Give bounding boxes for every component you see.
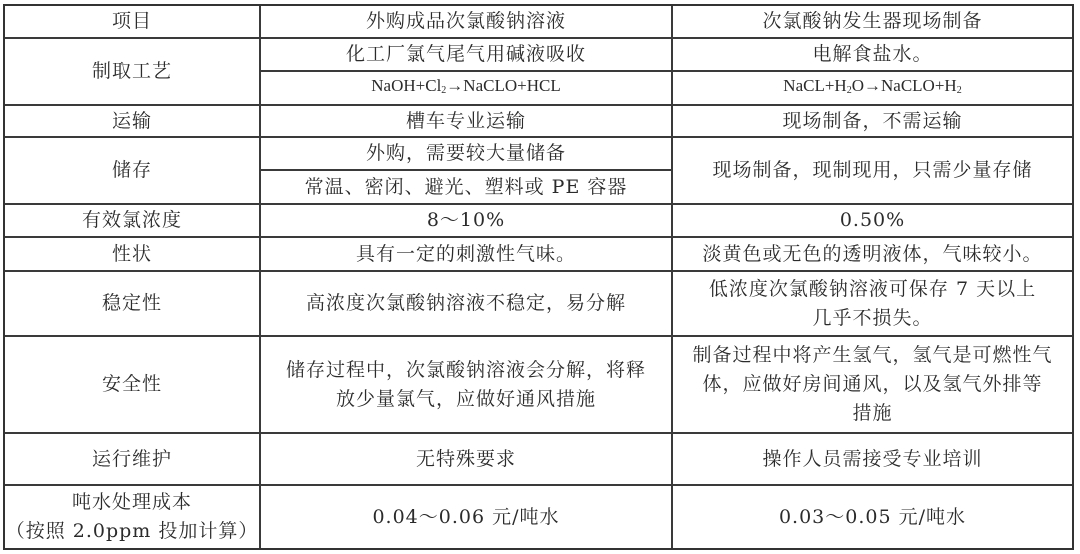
cell-text: 现场制备，现制现用，只需少量存储 (712, 156, 1032, 185)
comparison-table: 项目 外购成品次氯酸钠溶液 次氯酸钠发生器现场制备 制取工艺 化工厂氯气尾气用碱… (3, 4, 1074, 550)
cell-text-line: 体，应做好房间通风，以及氢气外排等 (702, 370, 1042, 399)
properties-col-a: 具有一定的刺激性气味。 (261, 238, 671, 270)
maintenance-col-b: 操作人员需接受专业培训 (673, 434, 1072, 484)
row-label-cost: 吨水处理成本 （按照 2.0ppm 投加计算） (5, 486, 259, 548)
cell-text: 0.04～0.06 元/吨水 (372, 503, 559, 532)
cell-text: 高浓度次氯酸钠溶液不稳定，易分解 (306, 289, 626, 318)
cell-text: 8～10% (427, 206, 505, 235)
row-label-text: 稳定性 (102, 289, 162, 318)
cell-text-line: 放少量氯气，应做好通风措施 (336, 385, 596, 414)
cost-col-b: 0.03～0.05 元/吨水 (673, 486, 1072, 548)
cell-text: 0.50% (840, 206, 905, 235)
process-col-b-desc: 电解食盐水。 (673, 39, 1072, 70)
process-col-a-formula: NaOH+Cl2→NaCLO+HCL (261, 72, 671, 104)
process-col-b-formula: NaCL+H2O→NaCLO+H2 (673, 72, 1072, 104)
process-col-a-desc: 化工厂氯气尾气用碱液吸收 (261, 39, 671, 70)
row-label-text: 制取工艺 (92, 57, 172, 86)
safety-col-b: 制备过程中将产生氢气，氢气是可燃性气 体，应做好房间通风，以及氢气外排等 措施 (673, 337, 1072, 432)
concentration-col-a: 8～10% (261, 205, 671, 236)
row-label-text: 安全性 (102, 370, 162, 399)
cell-text: 0.03～0.05 元/吨水 (779, 503, 966, 532)
header-col-a: 外购成品次氯酸钠溶液 (261, 6, 671, 37)
storage-col-a-line2: 常温、密闭、避光、塑料或 PE 容器 (261, 171, 671, 203)
row-label-text: 运行维护 (92, 445, 172, 474)
maintenance-col-a: 无特殊要求 (261, 434, 671, 484)
cell-text-line: 储存过程中，次氯酸钠溶液会分解，将释 (286, 356, 646, 385)
row-label-maintenance: 运行维护 (5, 434, 259, 484)
row-label-text: 运输 (112, 107, 152, 136)
row-label-transport: 运输 (5, 106, 259, 136)
transport-col-b: 现场制备，不需运输 (673, 106, 1072, 136)
chemical-formula: NaCL+H2O→NaCLO+H2 (783, 71, 961, 105)
row-label-text: 储存 (112, 156, 152, 185)
row-label-process: 制取工艺 (5, 39, 259, 104)
cell-text-line: 制备过程中将产生氢气，氢气是可燃性气 (692, 341, 1052, 370)
properties-col-b: 淡黄色或无色的透明液体，气味较小。 (673, 238, 1072, 270)
row-label-text: 性状 (112, 240, 152, 269)
cell-text-line: 措施 (852, 399, 892, 428)
transport-col-a: 槽车专业运输 (261, 106, 671, 136)
cell-text: 外购，需要较大量储备 (366, 139, 566, 168)
stability-col-a: 高浓度次氯酸钠溶液不稳定，易分解 (261, 272, 671, 335)
row-label-safety: 安全性 (5, 337, 259, 432)
cell-text: 常温、密闭、避光、塑料或 PE 容器 (305, 173, 628, 202)
row-label-text: 有效氯浓度 (82, 206, 182, 235)
cell-text: 具有一定的刺激性气味。 (356, 240, 576, 269)
chemical-formula: NaOH+Cl2→NaCLO+HCL (371, 71, 560, 105)
header-item: 项目 (5, 6, 259, 37)
header-col-b-label: 次氯酸钠发生器现场制备 (762, 7, 982, 36)
row-label-text: 吨水处理成本 (72, 488, 192, 517)
cell-text: 淡黄色或无色的透明液体，气味较小。 (702, 240, 1042, 269)
row-label-properties: 性状 (5, 238, 259, 270)
stability-col-b: 低浓度次氯酸钠溶液可保存 7 天以上 几乎不损失。 (673, 272, 1072, 335)
row-label-storage: 储存 (5, 138, 259, 203)
header-item-label: 项目 (112, 7, 152, 36)
cell-text: 化工厂氯气尾气用碱液吸收 (346, 40, 586, 69)
storage-col-a-line1: 外购，需要较大量储备 (261, 138, 671, 169)
row-label-stability: 稳定性 (5, 272, 259, 335)
cell-text: 无特殊要求 (416, 445, 516, 474)
cell-text: 电解食盐水。 (812, 40, 932, 69)
header-col-b: 次氯酸钠发生器现场制备 (673, 6, 1072, 37)
safety-col-a: 储存过程中，次氯酸钠溶液会分解，将释 放少量氯气，应做好通风措施 (261, 337, 671, 432)
header-col-a-label: 外购成品次氯酸钠溶液 (366, 7, 566, 36)
row-label-chlorine-concentration: 有效氯浓度 (5, 205, 259, 236)
cell-text-line: 低浓度次氯酸钠溶液可保存 7 天以上 (709, 275, 1036, 304)
row-label-note: （按照 2.0ppm 投加计算） (6, 517, 259, 546)
cell-text: 现场制备，不需运输 (782, 107, 962, 136)
concentration-col-b: 0.50% (673, 205, 1072, 236)
cell-text: 槽车专业运输 (406, 107, 526, 136)
cell-text: 操作人员需接受专业培训 (762, 445, 982, 474)
cell-text-line: 几乎不损失。 (812, 304, 932, 333)
cost-col-a: 0.04～0.06 元/吨水 (261, 486, 671, 548)
storage-col-b: 现场制备，现制现用，只需少量存储 (673, 138, 1072, 203)
